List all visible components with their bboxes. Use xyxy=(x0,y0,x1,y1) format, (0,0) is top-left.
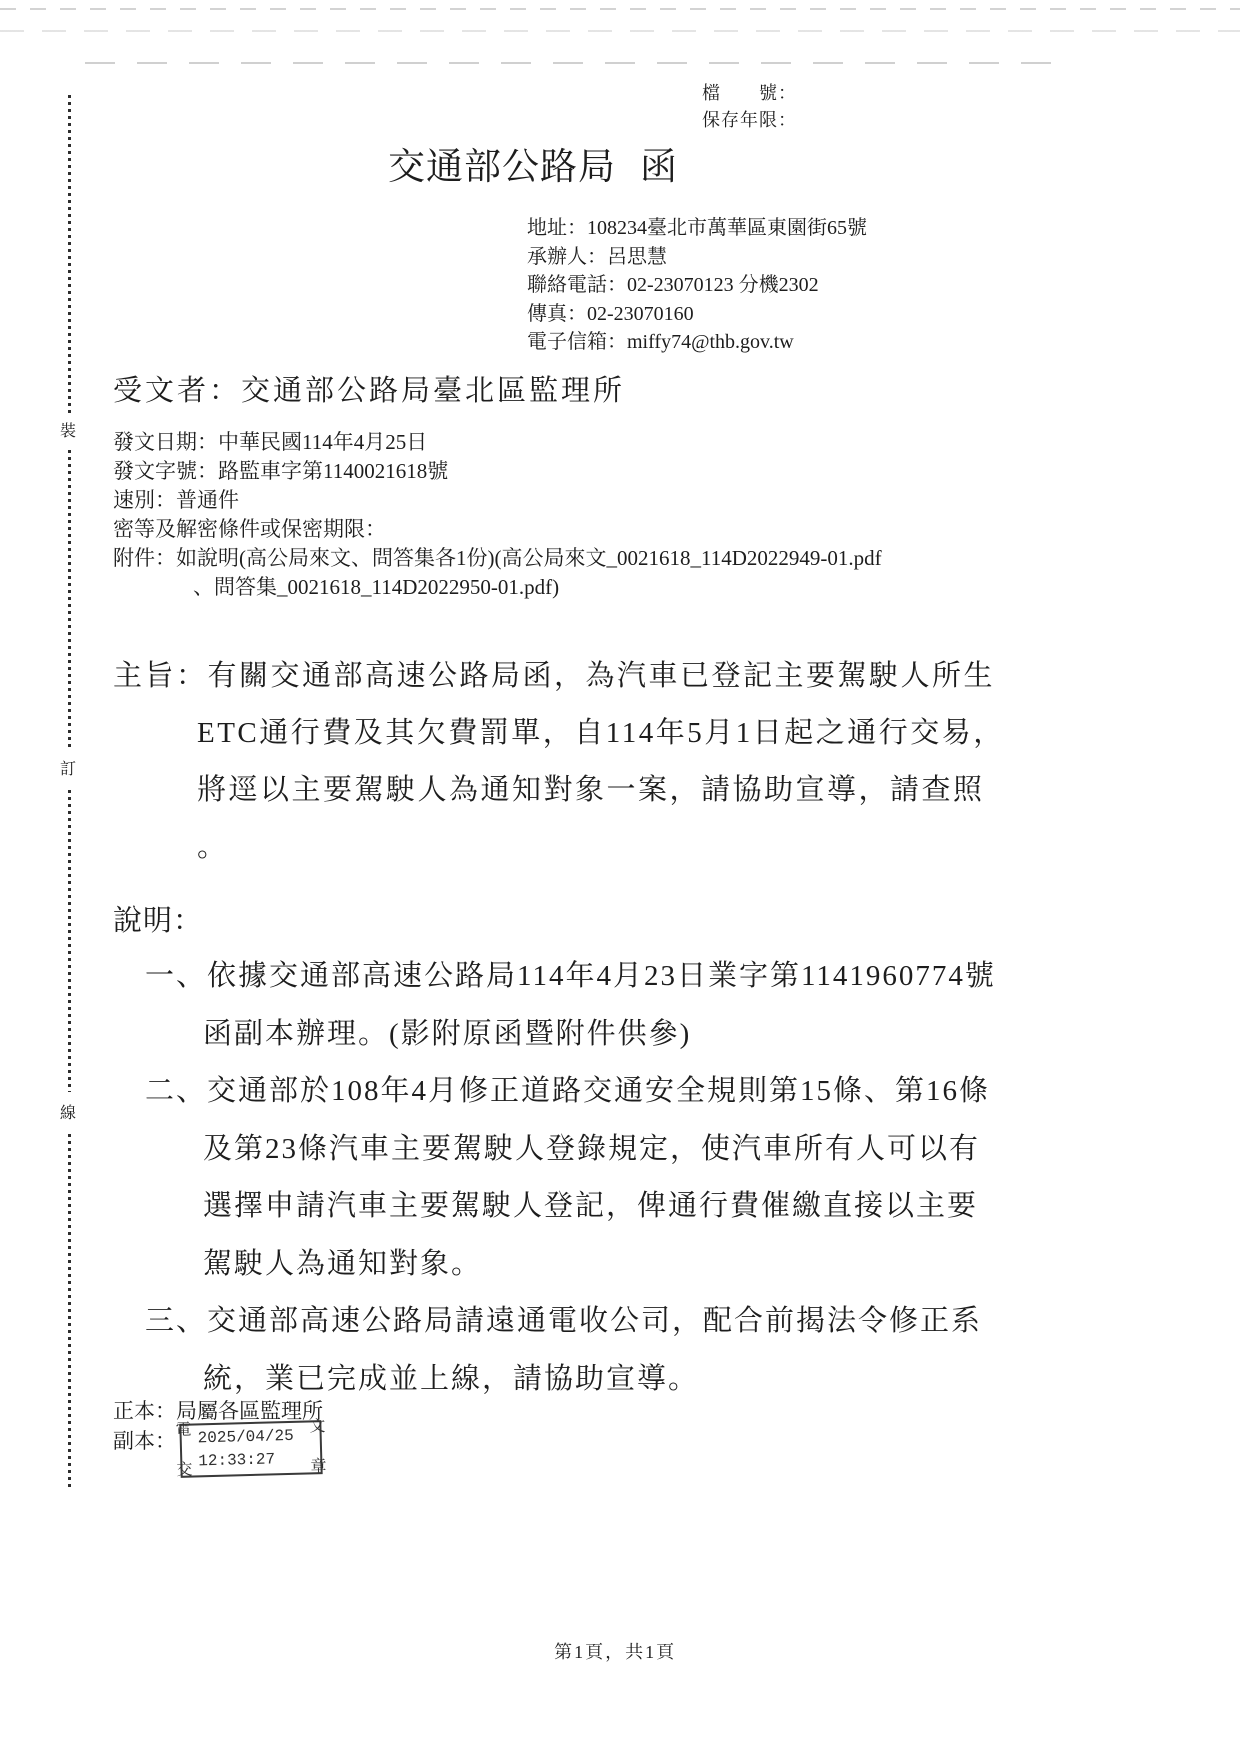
binding-dotted-line xyxy=(68,790,71,1092)
item-text: 交通部高速公路局請遠通電收公司，配合前揭法令修正系 xyxy=(207,1305,982,1337)
item-line: 選擇申請汽車主要駕駛人登記，俾通行費催繳直接以主要 xyxy=(145,1178,996,1236)
binding-mark-ding: 訂 xyxy=(60,756,76,779)
item-line: 一、依據交通部高速公路局114年4月23日業字第1141960774號 xyxy=(145,948,996,1006)
stamp-char: 交 xyxy=(176,1463,192,1479)
binding-dotted-line xyxy=(68,450,71,750)
item-number: 三、 xyxy=(145,1305,207,1337)
scan-artifact-line xyxy=(0,8,1240,10)
subject-text: 有關交通部高速公路局函，為汽車已登記主要駕駛人所生 xyxy=(208,660,996,692)
subject-line: 將逕以主要駕駛人為通知對象一案，請協助宣導，請查照 xyxy=(113,762,1005,819)
attachment-line: 附件：如說明(高公局來文、問答集各1份)(高公局來文_0021618_114D2… xyxy=(113,544,882,573)
scan-artifact-line xyxy=(85,62,1070,64)
stamp-char: 章 xyxy=(310,1459,326,1475)
stamp-date: 2025/04/25 xyxy=(197,1427,293,1448)
sender-fax: 傳真：02-23070160 xyxy=(527,300,867,329)
explanation-label: 說明： xyxy=(113,898,203,939)
sender-address: 地址：108234臺北市萬華區東園街65號 xyxy=(527,214,867,243)
item-line: 二、交通部於108年4月修正道路交通安全規則第15條、第16條 xyxy=(145,1063,996,1121)
item-line: 函副本辦理。(影附原函暨附件供參) xyxy=(145,1006,996,1064)
page-indicator: 第1頁，共1頁 xyxy=(554,1638,676,1664)
copies-block: 正本：局屬各區監理所 副本： 2025/04/2512:33:27 電 交 文 … xyxy=(113,1396,323,1476)
stamp-char: 電 xyxy=(175,1423,191,1439)
stamp-char: 文 xyxy=(309,1419,325,1435)
sender-phone: 聯絡電話：02-23070123 分機2302 xyxy=(527,271,867,300)
subject-line: ETC通行費及其欠費罰單，自114年5月1日起之通行交易， xyxy=(113,705,1005,762)
item-text: 依據交通部高速公路局114年4月23日業字第1141960774號 xyxy=(207,960,996,992)
explanation-item: 三、交通部高速公路局請遠通電收公司，配合前揭法令修正系 統，業已完成並上線，請協… xyxy=(145,1293,996,1408)
metadata-block: 發文日期：中華民國114年4月25日 發文字號：路監車字第1140021618號… xyxy=(113,428,882,602)
sender-contact-person: 承辦人：呂思慧 xyxy=(527,243,867,272)
subject-line: 。 xyxy=(113,819,1005,876)
sender-info-block: 地址：108234臺北市萬華區東園街65號 承辦人：呂思慧 聯絡電話：02-23… xyxy=(527,214,867,357)
copy-label: 副本： xyxy=(113,1426,176,1456)
item-line: 及第23條汽車主要駕駛人登錄規定，使汽車所有人可以有 xyxy=(145,1121,996,1179)
item-number: 一、 xyxy=(145,960,207,992)
explanation-item: 二、交通部於108年4月修正道路交通安全規則第15條、第16條 及第23條汽車主… xyxy=(145,1063,996,1293)
binding-dotted-line xyxy=(68,95,71,413)
issue-date: 發文日期：中華民國114年4月25日 xyxy=(113,428,882,457)
stamp-datetime: 2025/04/2512:33:27 xyxy=(197,1425,294,1473)
item-line: 駕駛人為通知對象。 xyxy=(145,1236,996,1294)
attachment-line: 、問答集_0021618_114D2022950-01.pdf) xyxy=(113,573,882,602)
electronic-exchange-stamp: 2025/04/2512:33:27 電 交 文 章 xyxy=(179,1420,322,1478)
item-text: 交通部於108年4月修正道路交通安全規則第15條、第16條 xyxy=(207,1075,990,1107)
subject-line: 主旨：有關交通部高速公路局函，為汽車已登記主要駕駛人所生 xyxy=(113,648,1005,705)
item-number: 二、 xyxy=(145,1075,207,1107)
security-classification: 密等及解密條件或保密期限： xyxy=(113,515,882,544)
retention-period-label: 保存年限： xyxy=(702,107,797,134)
file-number-label: 檔 號： xyxy=(702,80,797,107)
title-organization: 交通部公路局 xyxy=(388,136,616,190)
document-title: 交通部公路局 函 xyxy=(388,136,678,190)
subject-block: 主旨：有關交通部高速公路局函，為汽車已登記主要駕駛人所生 ETC通行費及其欠費罰… xyxy=(113,648,1005,876)
document-number: 發文字號：路監車字第1140021618號 xyxy=(113,457,882,486)
scan-artifact-line xyxy=(0,30,1240,32)
explanation-item: 一、依據交通部高速公路局114年4月23日業字第1141960774號 函副本辦… xyxy=(145,948,996,1063)
file-number-block: 檔 號： 保存年限： xyxy=(702,80,797,134)
item-line: 三、交通部高速公路局請遠通電收公司，配合前揭法令修正系 xyxy=(145,1293,996,1351)
title-doctype: 函 xyxy=(640,136,678,190)
binding-mark-xian: 線 xyxy=(60,1100,76,1123)
binding-mark-zhuang: 裝 xyxy=(60,418,76,441)
recipient-line: 受文者：交通部公路局臺北區監理所 xyxy=(113,368,625,409)
priority-level: 速別：普通件 xyxy=(113,486,882,515)
sender-email: 電子信箱：miffy74@thb.gov.tw xyxy=(527,328,867,357)
explanation-items: 一、依據交通部高速公路局114年4月23日業字第1141960774號 函副本辦… xyxy=(145,948,996,1408)
stamp-time: 12:33:27 xyxy=(198,1450,275,1470)
binding-dotted-line xyxy=(68,1134,71,1490)
subject-label: 主旨： xyxy=(113,660,208,692)
copy-recipient-row: 副本： 2025/04/2512:33:27 電 交 文 章 xyxy=(113,1426,323,1476)
